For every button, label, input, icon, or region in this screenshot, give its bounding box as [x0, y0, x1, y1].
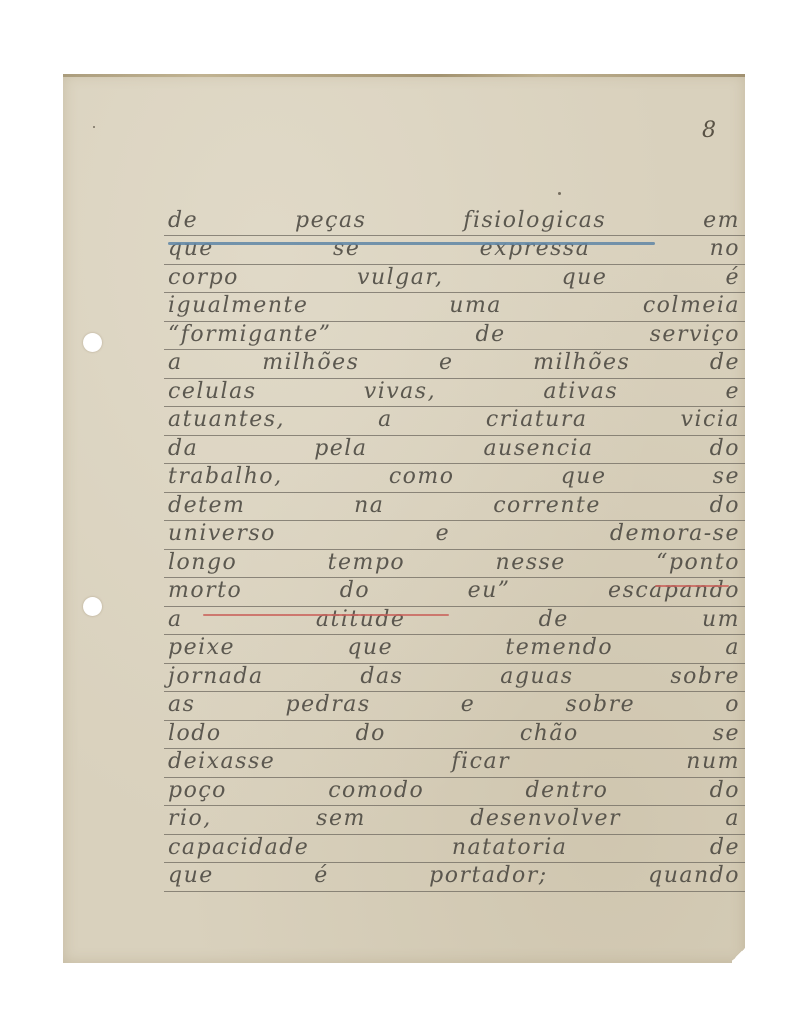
text-line-11: detem na corrente do — [168, 492, 740, 520]
text-line-21: poço comodo dentro do — [168, 777, 740, 805]
text-line-6: a milhões e milhões de — [168, 349, 740, 377]
text-line-18: as pedras e sobre o — [168, 691, 740, 719]
text-line-9: da pela ausencia do — [168, 435, 740, 463]
text-line-14: morto do eu” escapando — [168, 577, 740, 605]
text-line-23: capacidade natatoria de — [168, 834, 740, 862]
text-line-20: deixasse ficar num — [168, 748, 740, 776]
text-line-2: que se expressa no — [168, 235, 740, 263]
ink-dot — [558, 192, 561, 195]
manuscript-page: 8 de peças fisiologicas em que se expres… — [63, 74, 745, 963]
text-line-22: rio, sem desenvolver a — [168, 805, 740, 833]
red-pencil-underline-morto-do-eu — [203, 614, 449, 616]
ruled-line — [164, 891, 745, 892]
text-line-10: trabalho, como que se — [168, 463, 740, 491]
text-line-17: jornada das aguas sobre — [168, 663, 740, 691]
red-pencil-underline-ponto — [655, 585, 729, 587]
text-line-8: atuantes, a criatura vicia — [168, 406, 740, 434]
text-line-3: corpo vulgar, que é — [168, 264, 740, 292]
text-line-19: lodo do chão se — [168, 720, 740, 748]
text-line-24: que é portador; quando — [168, 862, 740, 890]
page-number: 8 — [702, 118, 716, 143]
text-line-5: “formigante” de serviço — [168, 321, 740, 349]
blue-pencil-underline — [168, 242, 655, 245]
text-line-1: de peças fisiologicas em — [168, 207, 740, 235]
text-line-16: peixe que temendo a — [168, 634, 740, 662]
text-line-13: longo tempo nesse “ponto — [168, 549, 740, 577]
text-line-4: igualmente uma colmeia — [168, 292, 740, 320]
text-line-15: a atitude de um — [168, 606, 740, 634]
punch-hole-bottom — [83, 597, 102, 616]
punch-hole-top — [83, 333, 102, 352]
text-line-7: celulas vivas, ativas e — [168, 378, 740, 406]
text-line-12: universo e demora-se — [168, 520, 740, 548]
ink-speck — [93, 126, 95, 128]
